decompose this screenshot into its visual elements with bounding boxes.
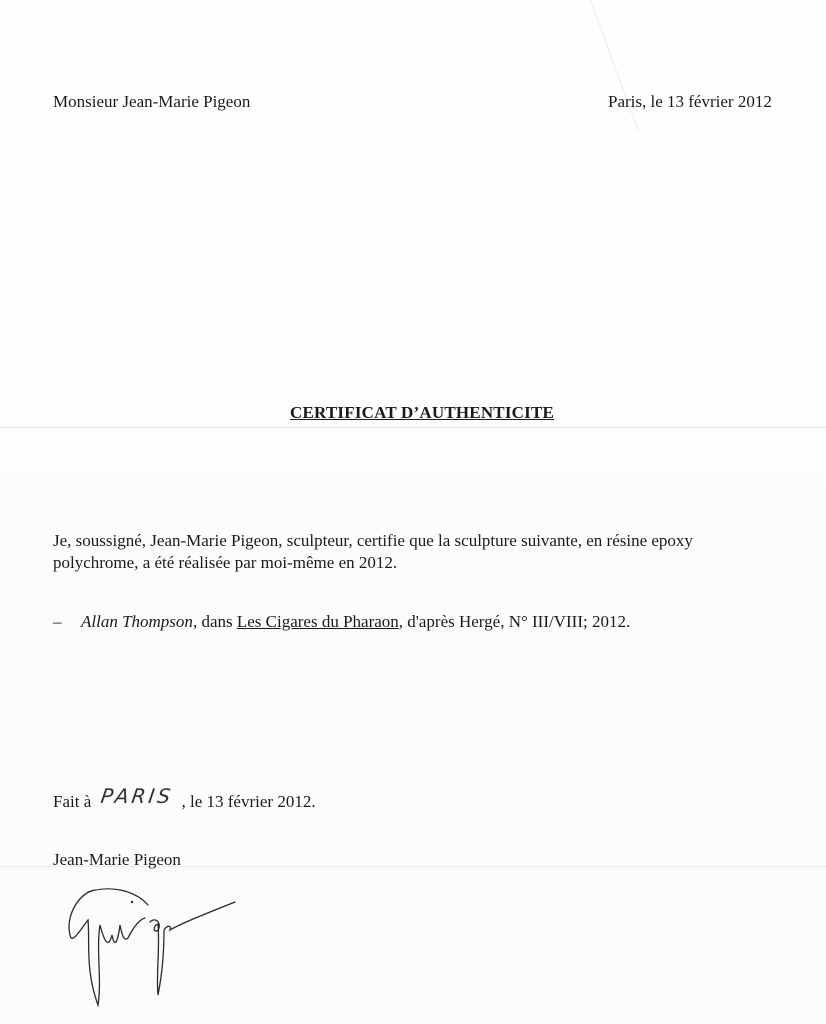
handwritten-place: PARIS [100,786,175,806]
done-at-suffix: , le 13 février 2012. [182,792,316,811]
recipient: Monsieur Jean-Marie Pigeon [53,92,250,112]
connector-text: , dans [193,612,237,631]
bullet-dash: – [53,612,81,632]
document-page: Monsieur Jean-Marie Pigeon Paris, le 13 … [0,0,826,1024]
work-title: Les Cigares du Pharaon [237,612,399,631]
certification-paragraph: Je, soussigné, Jean-Marie Pigeon, sculpt… [53,530,793,574]
signatory-name: Jean-Marie Pigeon [53,850,181,870]
document-title: CERTIFICAT D’AUTHENTICITE [290,403,554,423]
done-at-line: Fait àPARIS, le 13 février 2012. [53,790,316,812]
done-at-prefix: Fait à [53,792,91,811]
paragraph-line: polychrome, a été réalisée par moi-même … [53,552,793,574]
paragraph-line: Je, soussigné, Jean-Marie Pigeon, sculpt… [53,530,793,552]
signature-icon [60,880,260,1010]
character-name: Allan Thompson [81,612,193,631]
sculpture-item: –Allan Thompson, dans Les Cigares du Pha… [53,612,630,632]
paper-fold-line [0,427,826,428]
item-details: , d'après Hergé, N° III/VIII; 2012. [399,612,630,631]
place-date: Paris, le 13 février 2012 [608,92,772,112]
